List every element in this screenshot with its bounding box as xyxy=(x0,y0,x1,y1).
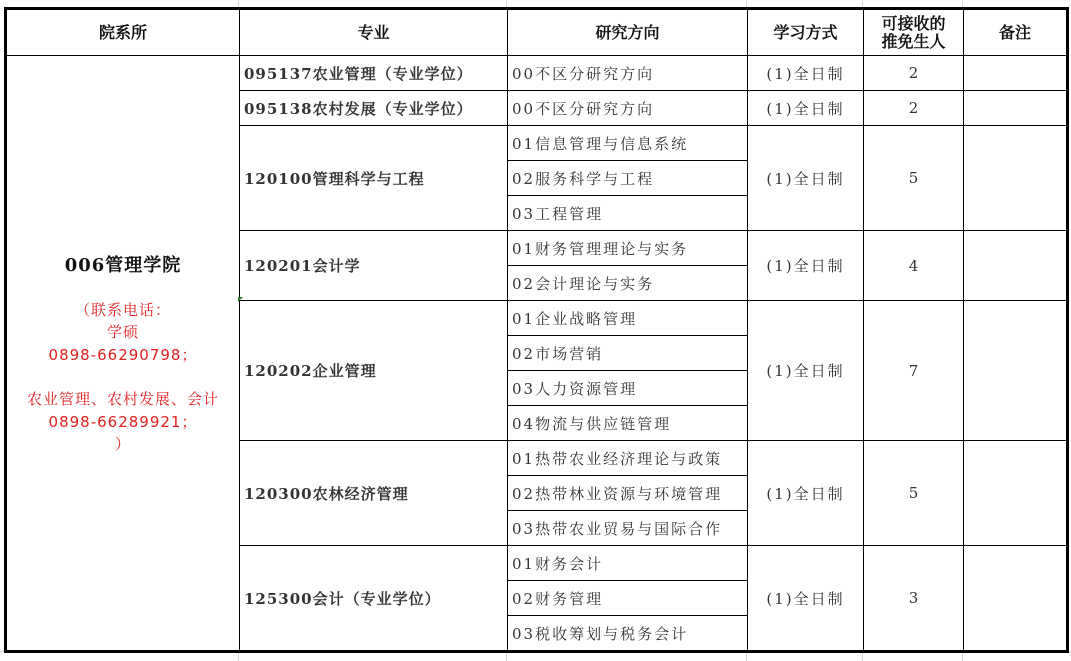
cell-comment-indicator-icon xyxy=(238,297,243,302)
header-department[interactable]: 院系所 xyxy=(6,9,240,56)
major-cell[interactable]: 120201会计学 xyxy=(240,231,508,301)
quota-cell[interactable]: 5 xyxy=(864,441,964,546)
quota-cell[interactable]: 4 xyxy=(864,231,964,301)
remarks-cell[interactable] xyxy=(964,231,1068,301)
direction-cell[interactable]: 01财务管理理论与实务 xyxy=(508,231,748,266)
study-mode-cell[interactable]: (1)全日制 xyxy=(748,441,864,546)
study-mode-cell[interactable]: (1)全日制 xyxy=(748,91,864,126)
direction-cell[interactable]: 01信息管理与信息系统 xyxy=(508,126,748,161)
header-quota-line2: 推免生人 xyxy=(881,32,945,51)
header-row: 院系所 专业 研究方向 学习方式 可接收的 推免生人 备注 xyxy=(6,9,1068,56)
direction-cell[interactable]: 02服务科学与工程 xyxy=(508,161,748,196)
direction-cell[interactable]: 02财务管理 xyxy=(508,581,748,616)
direction-cell[interactable]: 03税收筹划与税务会计 xyxy=(508,616,748,652)
remarks-cell[interactable] xyxy=(964,441,1068,546)
quota-cell[interactable]: 3 xyxy=(864,546,964,652)
direction-cell[interactable]: 03人力资源管理 xyxy=(508,371,748,406)
direction-cell[interactable]: 01财务会计 xyxy=(508,546,748,581)
direction-cell[interactable]: 03工程管理 xyxy=(508,196,748,231)
direction-cell[interactable]: 03热带农业贸易与国际合作 xyxy=(508,511,748,546)
header-major[interactable]: 专业 xyxy=(240,9,508,56)
study-mode-cell[interactable]: (1)全日制 xyxy=(748,546,864,652)
direction-cell[interactable]: 02市场营销 xyxy=(508,336,748,371)
quota-cell[interactable]: 5 xyxy=(864,126,964,231)
remarks-cell[interactable] xyxy=(964,56,1068,91)
direction-cell[interactable]: 04物流与供应链管理 xyxy=(508,406,748,441)
remarks-cell[interactable] xyxy=(964,301,1068,441)
department-cell[interactable]: 006管理学院 （联系电话： 学硕 0898-66290798； 农业管理、农村… xyxy=(6,56,240,652)
quota-cell[interactable]: 2 xyxy=(864,56,964,91)
quota-cell[interactable]: 7 xyxy=(864,301,964,441)
direction-cell[interactable]: 02热带林业资源与环境管理 xyxy=(508,476,748,511)
direction-cell[interactable]: 01热带农业经济理论与政策 xyxy=(508,441,748,476)
quota-cell[interactable]: 2 xyxy=(864,91,964,126)
major-cell[interactable]: 120100管理科学与工程 xyxy=(240,126,508,231)
header-quota[interactable]: 可接收的 推免生人 xyxy=(864,9,964,56)
study-mode-cell[interactable]: (1)全日制 xyxy=(748,301,864,441)
major-cell[interactable]: 125300会计（专业学位） xyxy=(240,546,508,652)
header-remarks[interactable]: 备注 xyxy=(964,9,1068,56)
remarks-cell[interactable] xyxy=(964,546,1068,652)
direction-cell[interactable]: 02会计理论与实务 xyxy=(508,266,748,301)
department-name: 006管理学院 xyxy=(7,251,239,277)
major-cell[interactable]: 095138农村发展（专业学位） xyxy=(240,91,508,126)
header-quota-line1: 可接收的 xyxy=(881,14,945,33)
direction-cell[interactable]: 00不区分研究方向 xyxy=(508,56,748,91)
study-mode-cell[interactable]: (1)全日制 xyxy=(748,56,864,91)
admission-quota-table: 院系所 专业 研究方向 学习方式 可接收的 推免生人 备注 006管理学院 （联… xyxy=(4,7,1069,653)
header-study-mode[interactable]: 学习方式 xyxy=(748,9,864,56)
major-cell[interactable]: 095137农业管理（专业学位） xyxy=(240,56,508,91)
study-mode-cell[interactable]: (1)全日制 xyxy=(748,231,864,301)
department-contact: （联系电话： 学硕 0898-66290798； 农业管理、农村发展、会计 08… xyxy=(7,299,239,456)
header-research-direction[interactable]: 研究方向 xyxy=(508,9,748,56)
direction-cell[interactable]: 01企业战略管理 xyxy=(508,301,748,336)
major-cell[interactable]: 120202企业管理 xyxy=(240,301,508,441)
remarks-cell[interactable] xyxy=(964,91,1068,126)
major-cell[interactable]: 120300农林经济管理 xyxy=(240,441,508,546)
direction-cell[interactable]: 00不区分研究方向 xyxy=(508,91,748,126)
table-row: 006管理学院 （联系电话： 学硕 0898-66290798； 农业管理、农村… xyxy=(6,56,1068,91)
study-mode-cell[interactable]: (1)全日制 xyxy=(748,126,864,231)
remarks-cell[interactable] xyxy=(964,126,1068,231)
